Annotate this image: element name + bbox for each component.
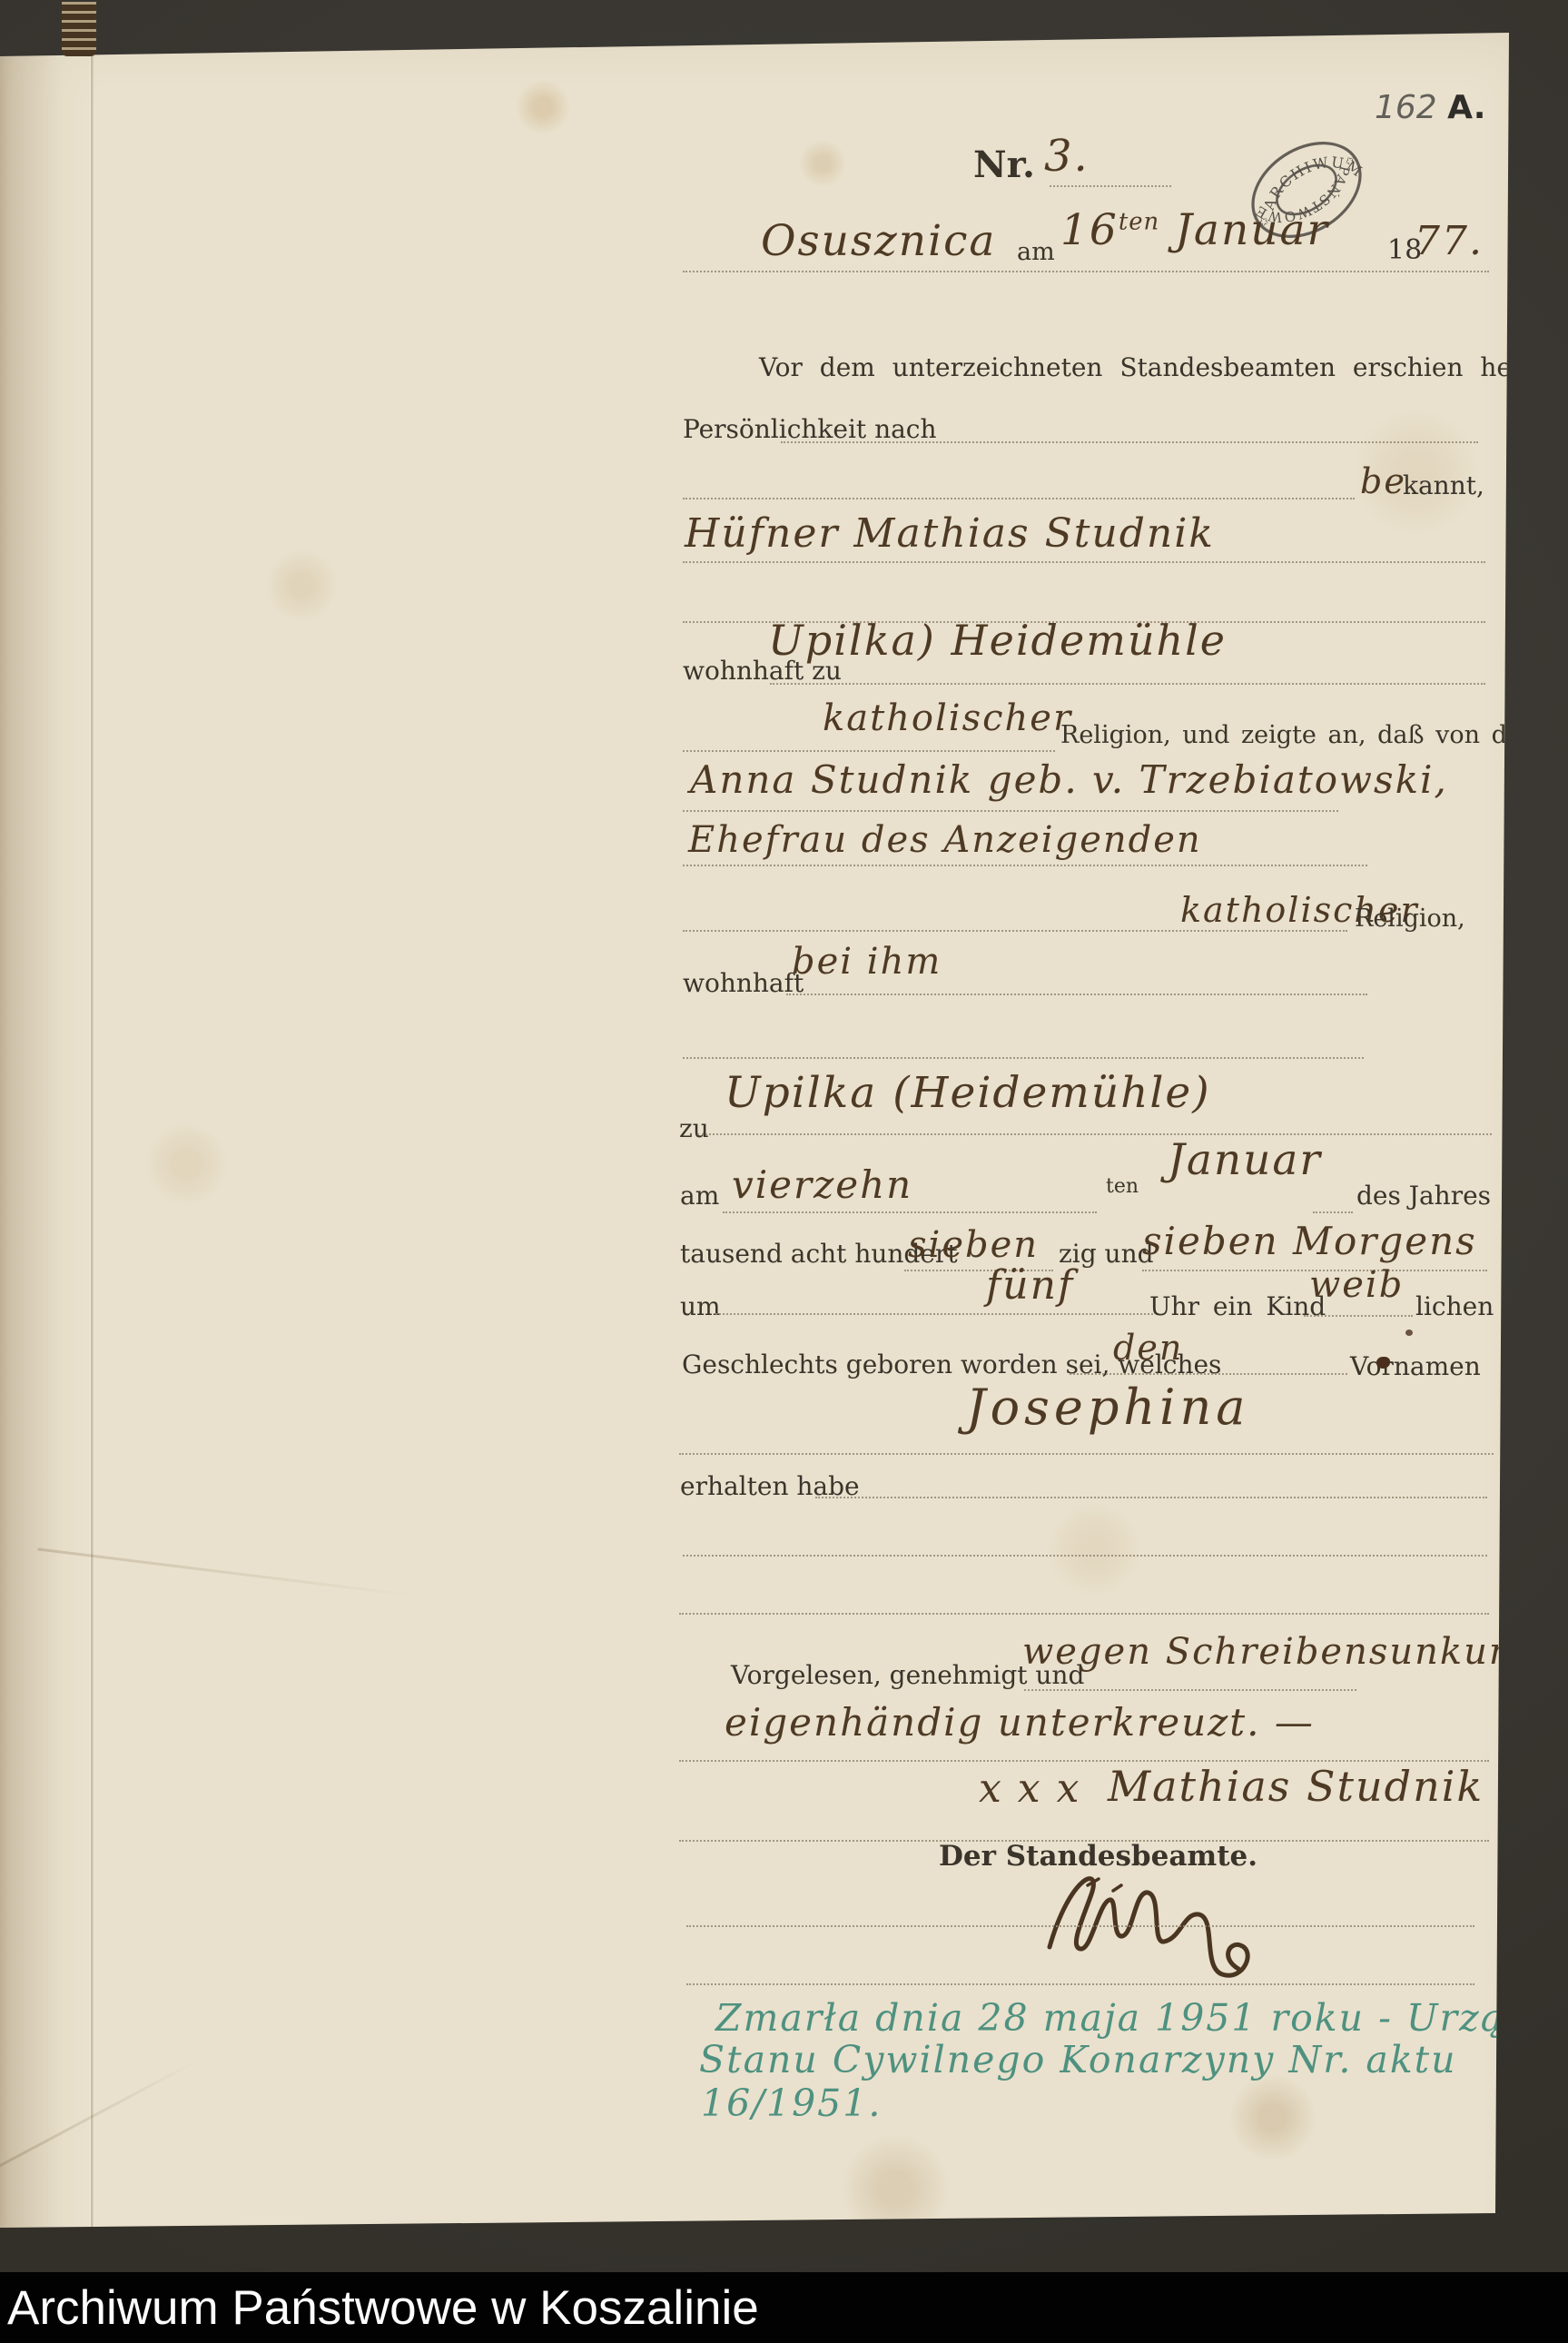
archival-photo-backdrop: 162 A. ARCHIWUM PAŃSTWOWE ✩ ✩ Nr. 3. Osu… [0, 0, 1568, 2343]
dotted-line [683, 1555, 1487, 1557]
binding-threads [62, 2, 96, 56]
dotted-line [1050, 185, 1171, 187]
document-page: 162 A. ARCHIWUM PAŃSTWOWE ✩ ✩ Nr. 3. Osu… [0, 0, 1568, 2343]
printed-religion1-line: Religion, und zeigte an, daß von der [1060, 721, 1533, 749]
dotted-line [683, 561, 1485, 563]
printed-am-label: am [1017, 238, 1055, 266]
printed-religion2-label: Religion, [1355, 905, 1465, 933]
printed-bekannt: kannt, [1403, 470, 1484, 500]
printed-am2-label: am [680, 1181, 719, 1211]
closing-hand-line2: eigenhändig unterkreuzt. — [725, 1700, 1315, 1745]
registrar-signature [1024, 1860, 1297, 1996]
year-unit-daytime-entry: sieben Morgens [1142, 1219, 1477, 1263]
declarant-entry: Hüfner Mathias Studnik [685, 510, 1215, 557]
dotted-line [770, 683, 1485, 685]
dotted-line [686, 1983, 1474, 1985]
birth-hour-entry: fünf [986, 1262, 1074, 1309]
bekannt-entry: be [1360, 461, 1406, 501]
death-annotation-line1: Zmarła dnia 28 maja 1951 roku - Urząd [715, 1996, 1530, 2040]
mother-entry: Anna Studnik geb. v. Trzebiatowski, [690, 757, 1448, 802]
dotted-line [683, 750, 1055, 752]
dotted-line [683, 498, 1355, 499]
dotted-line [686, 1925, 1474, 1927]
mother-role-entry: Ehefrau des Anzeigenden [688, 819, 1202, 861]
record-number-entry: 3. [1044, 131, 1090, 182]
dotted-line [1024, 1689, 1356, 1691]
paper-crease [90, 56, 94, 2227]
printed-uhr-kind-label: Uhr ein Kind [1149, 1291, 1326, 1321]
archive-footer-bar: Archiwum Państwowe w Koszalinie [0, 2272, 1568, 2343]
printed-lichen-label: lichen [1415, 1291, 1494, 1321]
child-name-entry: Josephina [966, 1379, 1249, 1436]
printed-vornamen-label: Vornamen [1350, 1351, 1481, 1381]
archive-footer-text: Archiwum Państwowe w Koszalinie [7, 2280, 759, 2336]
dotted-line [1304, 1315, 1413, 1317]
den-entry: den [1113, 1328, 1183, 1368]
printed-des-jahres-label: des Jahres [1356, 1181, 1491, 1211]
death-annotation-line2: Stanu Cywilnego Konarzyny Nr. aktu [699, 2038, 1457, 2081]
year-entry: 77. [1415, 218, 1484, 264]
printed-nr-label: Nr. [973, 143, 1035, 186]
dotted-line [683, 865, 1367, 866]
dotted-line [683, 810, 1338, 812]
printed-persoenlichkeit-label: Persönlichkeit nach [683, 414, 937, 444]
catalog-number-letter: A. [1447, 89, 1485, 126]
dotted-line [715, 1313, 1153, 1315]
printed-um-label: um [680, 1291, 721, 1321]
year-decade-entry: sieben [908, 1224, 1039, 1266]
dotted-line [815, 1497, 1487, 1498]
handzeichen-marks: x x x [979, 1765, 1080, 1812]
printed-intro-line: Vor dem unterzeichneten Standesbeamten e… [759, 352, 1568, 382]
paper-wrinkle [37, 1547, 416, 1597]
closing-hand-line1: wegen Schreibensunkunde [1022, 1631, 1563, 1673]
declarant-residence-entry: Upilka) Heidemühle [768, 616, 1227, 665]
date-entry: 16ten Januar [1060, 205, 1329, 255]
ink-blot [1405, 1330, 1413, 1336]
dotted-line [786, 994, 1367, 995]
death-annotation-line3: 16/1951. [701, 2081, 882, 2125]
sex-entry: weib [1309, 1264, 1404, 1306]
birth-day-entry: vierzehn [732, 1162, 912, 1207]
dotted-line [679, 1613, 1489, 1615]
dotted-line [683, 1057, 1364, 1059]
place-entry: Osusznica [761, 216, 996, 266]
catalog-number-digits: 162 [1375, 89, 1437, 126]
religion1-entry: katholischer [823, 697, 1072, 739]
dotted-line [1313, 1211, 1353, 1213]
dotted-line [679, 1453, 1494, 1455]
dotted-line [781, 441, 1478, 443]
dotted-line [683, 930, 1347, 932]
mother-residence-entry: bei ihm [792, 941, 942, 983]
declarant-signature-entry: Mathias Studnik [1108, 1762, 1484, 1811]
paper-wrinkle [0, 2061, 195, 2174]
dotted-line [683, 271, 1489, 272]
birth-month-entry: Januar [1168, 1135, 1322, 1185]
birthplace-entry: Upilka (Heidemühle) [725, 1068, 1211, 1118]
catalog-number-pencil: 162 A. [1375, 89, 1485, 126]
dotted-line [697, 1133, 1492, 1135]
dotted-line [723, 1211, 1097, 1213]
dotted-line [1070, 1373, 1347, 1375]
printed-ten-label: ten [1106, 1175, 1139, 1198]
printed-zu-label: zu [679, 1113, 709, 1143]
